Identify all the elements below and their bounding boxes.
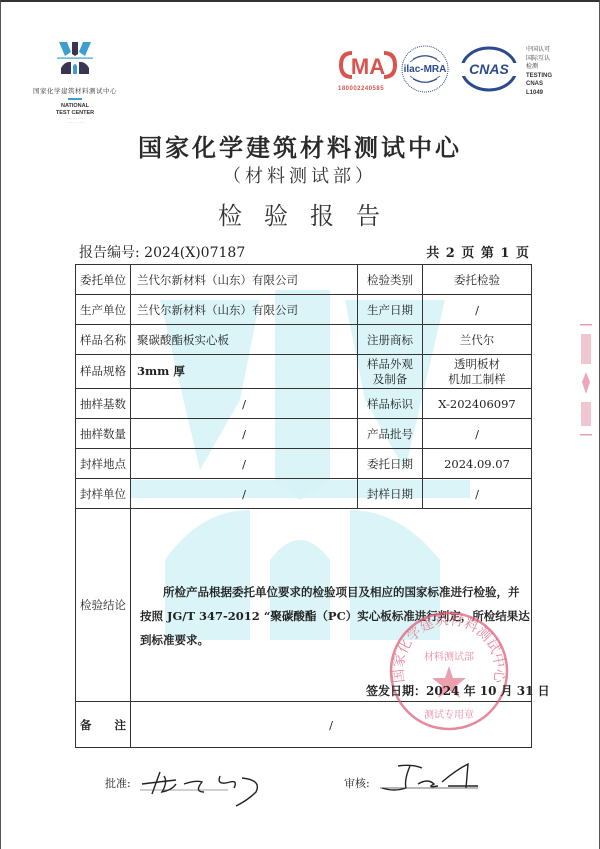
- value-sample-id: X-202406097: [423, 389, 532, 419]
- perforation-seal-icon: [578, 320, 594, 440]
- table-row: 生产单位 兰代尔新材料（山东）有限公司 生产日期 /: [76, 295, 532, 325]
- report-title: 检验报告: [0, 196, 600, 231]
- cma-number: 180002240585: [338, 86, 398, 92]
- table-row: 封样单位 / 封样日期 /: [76, 479, 532, 509]
- table-row: 样品名称 聚碳酸酯板实心板 注册商标 兰代尔: [76, 325, 532, 355]
- cnas-line: 国际互认: [526, 55, 552, 64]
- svg-text:MA: MA: [351, 54, 385, 79]
- label-production-date: 生产日期: [358, 295, 423, 325]
- value-production-date: /: [423, 295, 532, 325]
- cma-icon: MA: [338, 50, 398, 80]
- label-appearance-line2: 及制备: [364, 372, 416, 387]
- value-batch-no: /: [423, 419, 532, 449]
- value-client: 兰代尔新材料（山东）有限公司: [131, 265, 358, 295]
- label-seal-date: 封样日期: [358, 479, 423, 509]
- logo-name-en-1: NATIONAL: [30, 103, 120, 110]
- reviewer-signature-icon: [378, 758, 488, 798]
- ntc-emblem-icon: [55, 38, 95, 78]
- label-sample-name: 样品名称: [76, 325, 131, 355]
- approver-label: 批准:: [105, 775, 131, 791]
- reviewer-label: 审核:: [344, 775, 370, 791]
- org-title: 国家化学建筑材料测试中心: [0, 128, 600, 163]
- approver-signature-icon: [138, 762, 268, 807]
- label-client: 委托单位: [76, 265, 131, 295]
- value-trademark: 兰代尔: [423, 325, 532, 355]
- label-seal-location: 封样地点: [76, 449, 131, 479]
- label-sampling-qty: 抽样数量: [76, 419, 131, 449]
- label-appearance-line1: 样品外观: [364, 357, 416, 372]
- value-seal-unit: /: [131, 479, 358, 509]
- value-seal-date: /: [423, 479, 532, 509]
- label-conclusion: 检验结论: [76, 509, 131, 702]
- dept-title: （材料测试部）: [0, 162, 600, 188]
- label-commission-date: 委托日期: [358, 449, 423, 479]
- svg-text:ilac-MRA: ilac-MRA: [404, 64, 447, 75]
- label-seal-unit: 封样单位: [76, 479, 131, 509]
- logo-fineprint: · · · · · · · ·· · · · · · · ·: [30, 117, 120, 125]
- cnas-icon: CNAS: [460, 46, 518, 92]
- value-appearance: 透明板材机加工制样: [423, 355, 532, 389]
- table-row: 封样地点 / 委托日期 2024.09.07: [76, 449, 532, 479]
- table-row-note: 备 注 /: [76, 702, 532, 748]
- page-count: 共 2 页 第 1 页: [426, 242, 530, 261]
- value-spec: 3mm 厚: [131, 355, 358, 389]
- value-appearance-line2: 机加工制样: [429, 372, 525, 387]
- conclusion-paragraph: 所检产品根据委托单位要求的检验项目及相应的国家标准进行检验，并按照 JG/T 3…: [140, 580, 530, 652]
- report-table: 委托单位 兰代尔新材料（山东）有限公司 检验类别 委托检验 生产单位 兰代尔新材…: [75, 264, 532, 748]
- value-note: /: [131, 702, 532, 748]
- label-spec: 样品规格: [76, 355, 131, 389]
- cnas-line: CNAS L1049: [526, 81, 543, 96]
- issue-date: 签发日期：2024 年 10 月 31 日: [366, 682, 550, 699]
- cnas-line: TESTING: [526, 73, 552, 79]
- value-sampling-qty: /: [131, 419, 358, 449]
- cma-logo: MA 180002240585: [338, 50, 398, 92]
- value-commission-date: 2024.09.07: [423, 449, 532, 479]
- value-appearance-line1: 透明板材: [429, 357, 525, 372]
- conclusion-text: 所检产品根据委托单位要求的检验项目及相应的国家标准进行检验，并按照 JG/T 3…: [140, 580, 530, 652]
- cnas-line: 检测: [526, 63, 552, 72]
- national-test-center-logo: 国家化学建筑材料测试中心 NATIONAL TEST CENTER · · · …: [30, 38, 120, 125]
- label-trademark: 注册商标: [358, 325, 423, 355]
- report-number: 报告编号: 2024(X)07187: [79, 242, 245, 262]
- svg-text:CNAS: CNAS: [469, 61, 509, 77]
- label-appearance: 样品外观及制备: [358, 355, 423, 389]
- value-sample-name: 聚碳酸酯板实心板: [131, 325, 358, 355]
- label-batch-no: 产品批号: [358, 419, 423, 449]
- logo-name-en-2: TEST CENTER: [30, 110, 120, 117]
- label-note: 备 注: [76, 702, 131, 748]
- label-test-type: 检验类别: [358, 265, 423, 295]
- logo-divider: [68, 98, 82, 100]
- value-test-type: 委托检验: [423, 265, 532, 295]
- cnas-accreditation-text: 中国认可 国际互认 检测 TESTING CNAS L1049: [526, 46, 552, 97]
- table-row: 委托单位 兰代尔新材料（山东）有限公司 检验类别 委托检验: [76, 265, 532, 295]
- value-manufacturer: 兰代尔新材料（山东）有限公司: [131, 295, 358, 325]
- value-sampling-base: /: [131, 389, 358, 419]
- value-seal-location: /: [131, 449, 358, 479]
- logo-name-cn: 国家化学建筑材料测试中心: [30, 86, 120, 95]
- label-manufacturer: 生产单位: [76, 295, 131, 325]
- table-row: 样品规格 3mm 厚 样品外观及制备 透明板材机加工制样: [76, 355, 532, 389]
- ilac-mra-icon: ilac-MRA: [400, 44, 450, 94]
- table-row: 抽样基数 / 样品标识 X-202406097: [76, 389, 532, 419]
- table-row: 抽样数量 / 产品批号 /: [76, 419, 532, 449]
- label-sample-id: 样品标识: [358, 389, 423, 419]
- label-sampling-base: 抽样基数: [76, 389, 131, 419]
- cnas-line: 中国认可: [526, 46, 552, 55]
